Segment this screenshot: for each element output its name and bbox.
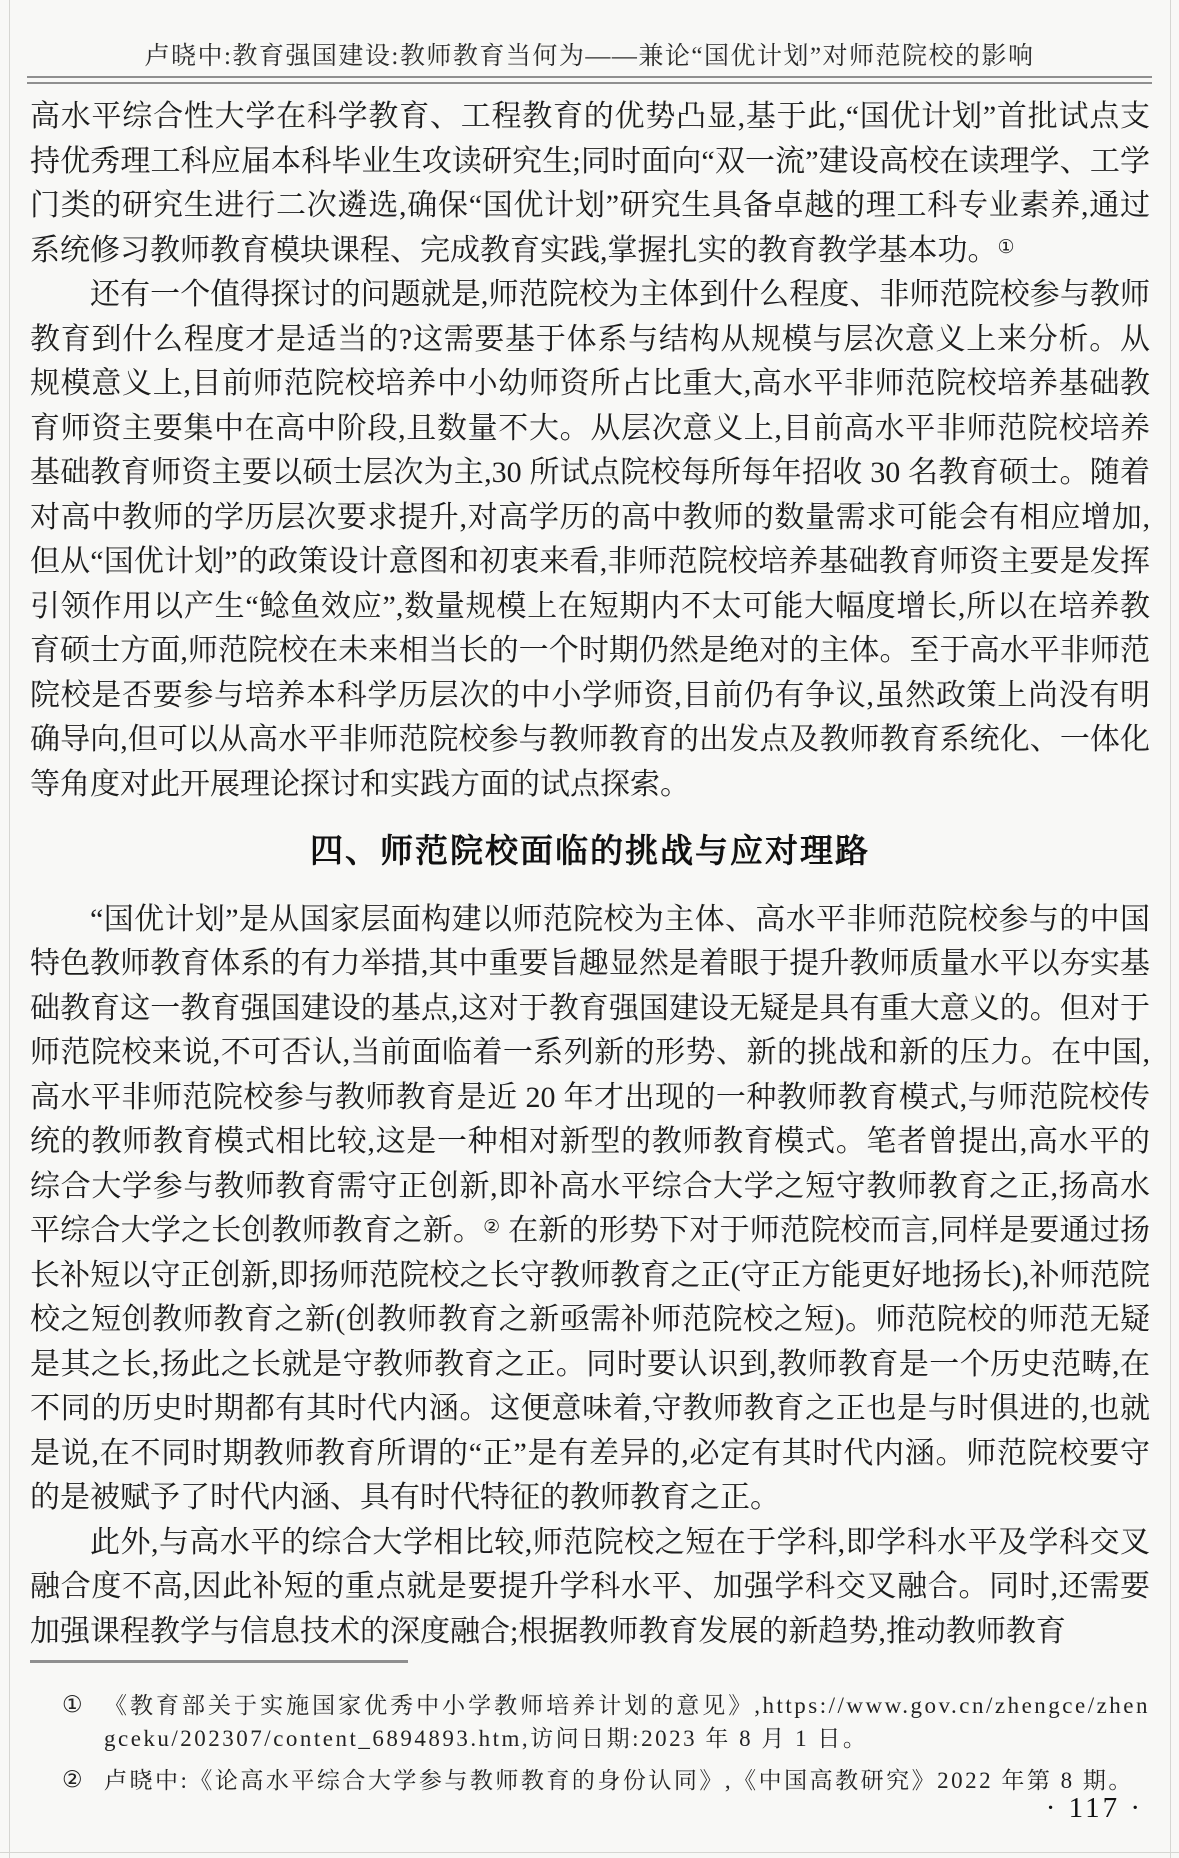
body-paragraph: 此外,与高水平的综合大学相比较,师范院校之短在于学科,即学科水平及学科交叉融合度…	[30, 1521, 1150, 1655]
page-number: · 117 ·	[1046, 1792, 1143, 1825]
footnote-item: ①《教育部关于实施国家优秀中小学教师培养计划的意见》,https://www.g…	[30, 1689, 1150, 1755]
footnote-marker: ①	[62, 1689, 104, 1722]
scan-edge-right	[1170, 0, 1171, 1858]
scanned-paper-page: 卢晓中:教育强国建设:教师教育当何为——兼论“国优计划”对师范院校的影响 高水平…	[0, 0, 1179, 1858]
header-double-rule	[27, 76, 1152, 84]
running-header-title: 卢晓中:教育强国建设:教师教育当何为——兼论“国优计划”对师范院校的影响	[40, 36, 1139, 72]
footnote-marker: ②	[62, 1764, 104, 1797]
footnotes-section: ①《教育部关于实施国家优秀中小学教师培养计划的意见》,https://www.g…	[30, 1660, 1150, 1806]
footnote-text: 《教育部关于实施国家优秀中小学教师培养计划的意见》,https://www.go…	[104, 1689, 1150, 1755]
body-paragraph: 高水平综合性大学在科学教育、工程教育的优势凸显,基于此,“国优计划”首批试点支持…	[30, 95, 1150, 273]
scan-edge-left	[9, 0, 10, 1858]
footnote-list: ①《教育部关于实施国家优秀中小学教师培养计划的意见》,https://www.g…	[30, 1689, 1150, 1797]
scan-edge-bottom	[0, 1852, 1179, 1853]
footnote-ref-marker: ①	[998, 236, 1015, 258]
footnote-item: ②卢晓中:《论高水平综合大学参与教师教育的身份认同》,《中国高教研究》2022 …	[30, 1764, 1150, 1797]
section-heading: 四、师范院校面临的挑战与应对理路	[30, 829, 1150, 874]
article-body: 高水平综合性大学在科学教育、工程教育的优势凸显,基于此,“国优计划”首批试点支持…	[30, 95, 1150, 1661]
body-paragraph: 还有一个值得探讨的问题就是,师范院校为主体到什么程度、非师范院校参与教师教育到什…	[30, 273, 1150, 807]
footnote-ref-marker: ②	[483, 1216, 500, 1238]
footnote-separator-rule	[30, 1660, 408, 1663]
footnote-text: 卢晓中:《论高水平综合大学参与教师教育的身份认同》,《中国高教研究》2022 年…	[104, 1764, 1150, 1797]
body-paragraph: “国优计划”是从国家层面构建以师范院校为主体、高水平非师范院校参与的中国特色教师…	[30, 898, 1150, 1521]
